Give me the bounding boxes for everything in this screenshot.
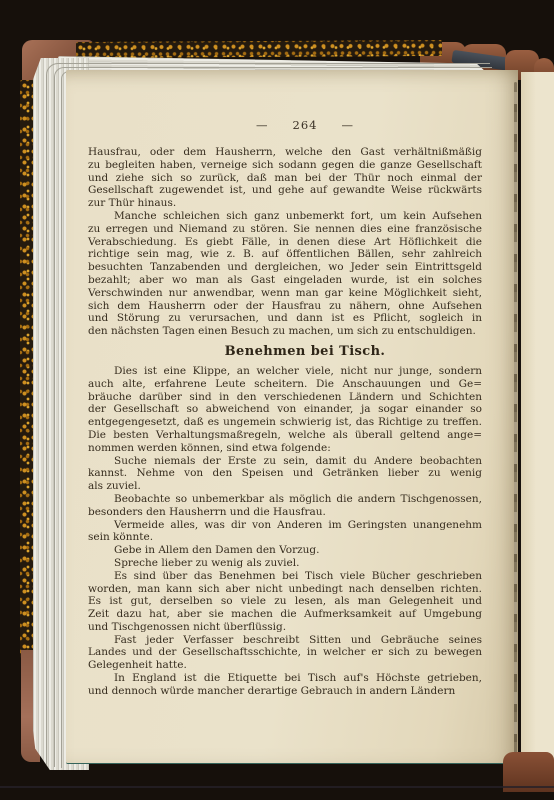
- body-paragraph: Spreche lieber zu wenig als zuviel.: [88, 557, 482, 570]
- page-number: — 264 —: [108, 118, 502, 132]
- marbled-cover-top-strip: [76, 40, 442, 58]
- text-line: bräuche darüber sind in den verschiedene…: [88, 391, 482, 404]
- text-line: besonders den Hausherrn und die Hausfrau…: [88, 506, 482, 519]
- text-line: entgegengesetzt, daß es ungemein schwier…: [88, 416, 482, 429]
- page-number-dash-left: —: [256, 118, 269, 132]
- text-line: der Gesellschaft so abweichend von einan…: [88, 403, 482, 416]
- text-line: Es ist gut, derselben so viele zu lesen,…: [88, 595, 482, 608]
- text-line: Suche niemals der Erste zu sein, damit d…: [88, 455, 482, 468]
- text-line: zu begleiten haben, verneige sich sodann…: [88, 159, 482, 172]
- text-line: sein könnte.: [88, 531, 482, 544]
- text-line: Verschwinden nur anwendbar, wenn man gar…: [88, 287, 482, 300]
- text-line: besuchten Tanzabenden und dergleichen, w…: [88, 261, 482, 274]
- text-line: Zeit dazu hat, aber sie machen die Aufme…: [88, 608, 482, 621]
- book-scan-photo: — 264 — Hausfrau, oder dem Hausherrn, we…: [0, 0, 554, 800]
- text-line: Landes und der Gesellschaftsschichte, in…: [88, 646, 482, 659]
- text-line: Beobachte so unbemerkbar als möglich die…: [88, 493, 482, 506]
- text-line: zur Thür hinaus.: [88, 197, 482, 210]
- text-line: sich dem Hausherrn oder der Hausfrau zu …: [88, 300, 482, 313]
- text-line: worden, man kann sich aber nicht unbedin…: [88, 583, 482, 596]
- text-line: und ziehe sich so zurück, daß man bei de…: [88, 172, 482, 185]
- body-paragraph: In England ist die Etiquette bei Tisch a…: [88, 672, 482, 698]
- page-number-value: 264: [293, 118, 318, 132]
- text-line: kannst. Nehme von den Speisen und Geträn…: [88, 467, 482, 480]
- body-paragraph: Dies ist eine Klippe, an welcher viele, …: [88, 365, 482, 455]
- text-line: den nächsten Tagen einen Besuch zu mache…: [88, 325, 482, 338]
- gutter-stitching-seam: [514, 82, 517, 760]
- text-line: nommen werden können, sind etwa folgende…: [88, 442, 482, 455]
- text-line: Fast jeder Verfasser beschreibt Sitten u…: [88, 634, 482, 647]
- text-line: Vermeide alles, was dir von Anderen im G…: [88, 519, 482, 532]
- facing-page-sliver: [521, 72, 554, 762]
- text-line: und dennoch würde mancher derartige Gebr…: [88, 685, 482, 698]
- body-paragraph: Beobachte so unbemerkbar als möglich die…: [88, 493, 482, 519]
- text-line: und Tischgenossen nicht überflüssig.: [88, 621, 482, 634]
- body-paragraph: Vermeide alles, was dir von Anderen im G…: [88, 519, 482, 545]
- text-line: In England ist die Etiquette bei Tisch a…: [88, 672, 482, 685]
- text-line: Hausfrau, oder dem Hausherrn, welche den…: [88, 146, 482, 159]
- body-paragraph: Manche schleichen sich ganz unbemerkt fo…: [88, 210, 482, 338]
- text-line: Manche schleichen sich ganz unbemerkt fo…: [88, 210, 482, 223]
- page-number-dash-right: —: [341, 118, 354, 132]
- body-paragraph: Gebe in Allem den Damen den Vorzug.: [88, 544, 482, 557]
- body-paragraph: Es sind über das Benehmen bei Tisch viel…: [88, 570, 482, 634]
- text-line: Gesellschaft zugewendet ist, und gehe au…: [88, 184, 482, 197]
- text-line: Verabschiedung. Es giebt Fälle, in denen…: [88, 236, 482, 249]
- text-line: Spreche lieber zu wenig als zuviel.: [88, 557, 482, 570]
- text-line: Es sind über das Benehmen bei Tisch viel…: [88, 570, 482, 583]
- text-line: als zuviel.: [88, 480, 482, 493]
- body-paragraph: Fast jeder Verfasser beschreibt Sitten u…: [88, 634, 482, 672]
- text-line: bezahlt; aber wo man als Gast eingeladen…: [88, 274, 482, 287]
- text-line: zu erregen und Niemand zu stören. Sie ne…: [88, 223, 482, 236]
- section-heading: Benehmen bei Tisch.: [108, 344, 502, 360]
- text-line: und Störung zu verursachen, und dann ist…: [88, 312, 482, 325]
- text-line: Dies ist eine Klippe, an welcher viele, …: [88, 365, 482, 378]
- text-line: auch alte, erfahrene Leute scheitern. Di…: [88, 378, 482, 391]
- text-line: richtige sein mag, wie z. B. auf öffentl…: [88, 248, 482, 261]
- text-line: Gelegenheit hatte.: [88, 659, 482, 672]
- book-page: — 264 — Hausfrau, oder dem Hausherrn, we…: [66, 70, 518, 764]
- text-line: Gebe in Allem den Damen den Vorzug.: [88, 544, 482, 557]
- text-line: Die besten Verhaltungsmaßregeln, welche …: [88, 429, 482, 442]
- body-paragraph: Suche niemals der Erste zu sein, damit d…: [88, 455, 482, 493]
- book-cover-edge-bump: [503, 752, 554, 792]
- page-body: Hausfrau, oder dem Hausherrn, welche den…: [88, 146, 482, 698]
- body-paragraph: Hausfrau, oder dem Hausherrn, welche den…: [88, 146, 482, 210]
